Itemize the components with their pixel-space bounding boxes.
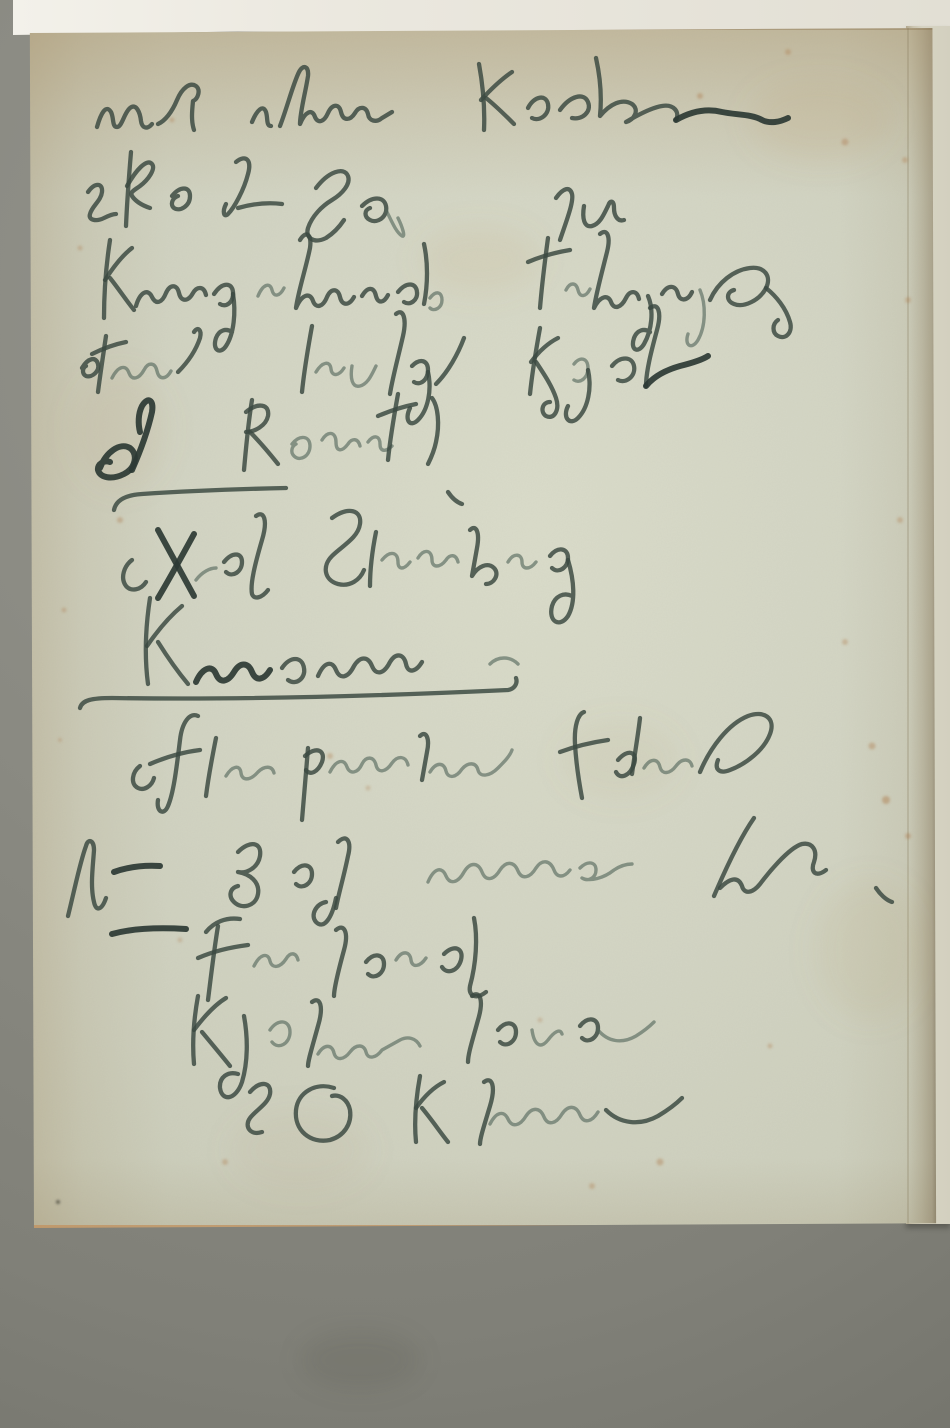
manuscript-page	[28, 27, 949, 1228]
scan-photo: ned den Bodm skal ge ju Kungshunds tilli…	[0, 0, 950, 1428]
deckle-edge-shading	[909, 27, 937, 1228]
mount-smudge	[300, 1330, 420, 1390]
